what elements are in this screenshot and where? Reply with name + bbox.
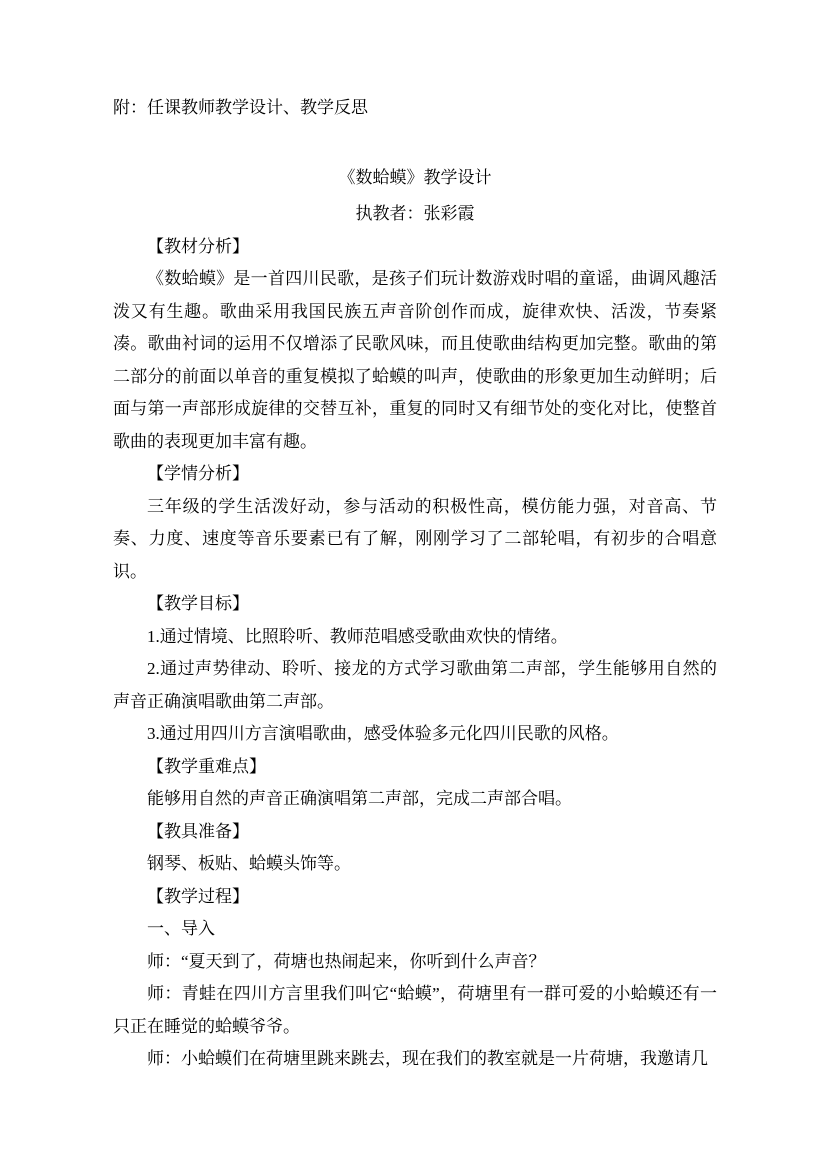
- heading-key-difficulties: 【教学重难点】: [113, 751, 717, 784]
- author-line: 执教者：张彩霞: [113, 198, 717, 231]
- para-learner-analysis: 三年级的学生活泼好动，参与活动的积极性高，模仿能力强，对音高、节奏、力度、速度等…: [113, 491, 717, 589]
- document-page: 附：任课教师教学设计、教学反思 《数蛤蟆》教学设计 执教者：张彩霞 【教材分析】…: [0, 0, 827, 1170]
- para-teacher-line-3: 师：小蛤蟆们在荷塘里跳来跳去，现在我们的教室就是一片荷塘，我邀请几: [113, 1043, 717, 1076]
- para-material-analysis: 《数蛤蟆》是一首四川民歌，是孩子们玩计数游戏时唱的童谣，曲调风趣活泼又有生趣。歌…: [113, 263, 717, 458]
- subheading-lead-in: 一、导入: [113, 913, 717, 946]
- para-objective-3: 3.通过用四川方言演唱歌曲，感受体验多元化四川民歌的风格。: [113, 718, 717, 751]
- para-teacher-line-2: 师：青蛙在四川方言里我们叫它“蛤蟆”，荷塘里有一群可爱的小蛤蟆还有一只正在睡觉的…: [113, 978, 717, 1043]
- para-objective-1: 1.通过情境、比照聆听、教师范唱感受歌曲欢快的情绪。: [113, 621, 717, 654]
- attachment-note: 附：任课教师教学设计、教学反思: [113, 92, 717, 125]
- para-teacher-line-1: 师：“夏天到了，荷塘也热闹起来，你听到什么声音？: [113, 946, 717, 979]
- heading-learner-analysis: 【学情分析】: [113, 458, 717, 491]
- heading-teaching-aids: 【教具准备】: [113, 816, 717, 849]
- blank-line: [113, 125, 717, 158]
- heading-teaching-process: 【教学过程】: [113, 881, 717, 914]
- para-objective-2: 2.通过声势律动、聆听、接龙的方式学习歌曲第二声部，学生能够用自然的声音正确演唱…: [113, 653, 717, 718]
- doc-title: 《数蛤蟆》教学设计: [113, 157, 717, 198]
- para-key-difficulties: 能够用自然的声音正确演唱第二声部，完成二声部合唱。: [113, 783, 717, 816]
- heading-teaching-objectives: 【教学目标】: [113, 588, 717, 621]
- heading-material-analysis: 【教材分析】: [113, 231, 717, 264]
- para-teaching-aids: 钢琴、板贴、蛤蟆头饰等。: [113, 848, 717, 881]
